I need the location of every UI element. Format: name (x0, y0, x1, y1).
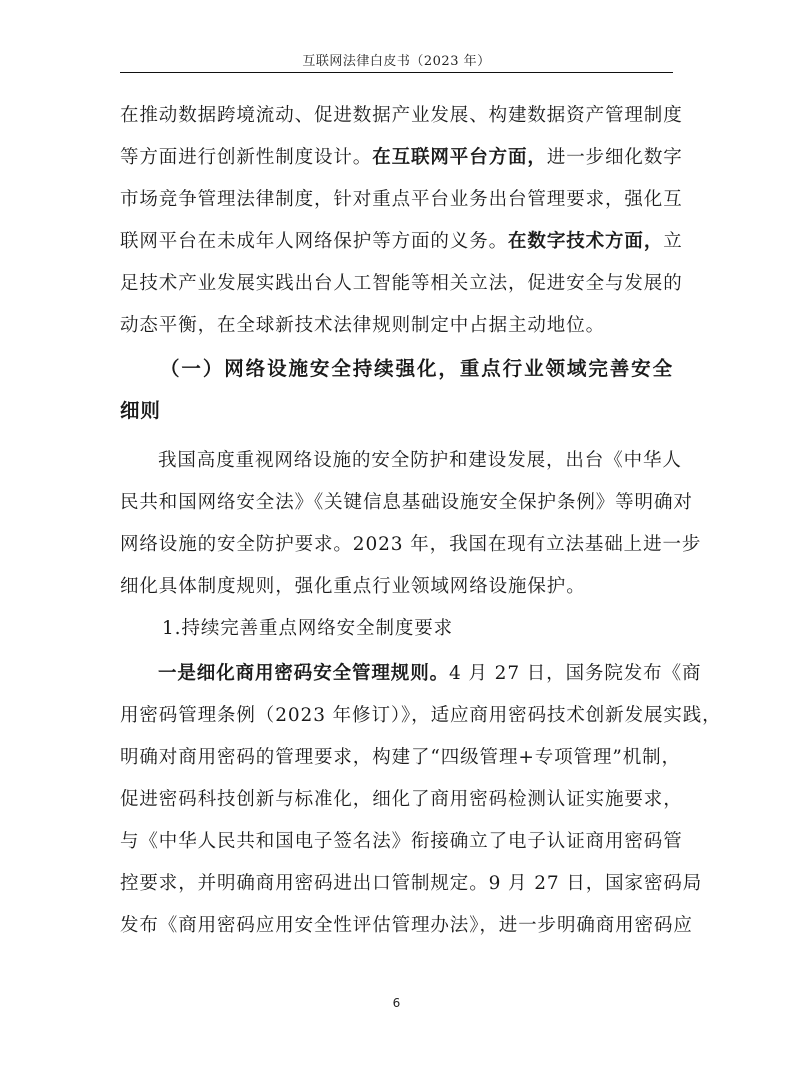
running-header: 互联网法律白皮书（2023 年） (120, 50, 673, 69)
text-line: 联网平台在未成年人网络保护等方面的义务。在数字技术方面，立 (120, 221, 673, 263)
section-paragraph: 我国高度重视网络设施的安全防护和建设发展，出台《中华人 民共和国网络安全法》《关… (120, 440, 673, 608)
text-line: 用密码管理条例（2023 年修订）》，适应商用密码技术创新发展实践， (120, 695, 673, 737)
text-line: 等方面进行创新性制度设计。在互联网平台方面，进一步细化数字 (120, 137, 673, 179)
text-line: 我国高度重视网络设施的安全防护和建设发展，出台《中华人 (120, 440, 673, 482)
text-line: 足技术产业发展实践出台人工智能等相关立法，促进安全与发展的 (120, 263, 673, 305)
text-line: 在推动数据跨境流动、促进数据产业发展、构建数据资产管理制度 (120, 95, 673, 137)
text-line: 促进密码科技创新与标准化，细化了商用密码检测认证实施要求， (120, 779, 673, 821)
intro-paragraph: 在推动数据跨境流动、促进数据产业发展、构建数据资产管理制度 等方面进行创新性制度… (120, 95, 673, 347)
text-line: 与《中华人民共和国电子签名法》衔接确立了电子认证商用密码管 (120, 821, 673, 863)
text-line: 市场竞争管理法律制度，针对重点平台业务出台管理要求，强化互 (120, 179, 673, 221)
lead-bold-phrase: 一是细化商用密码安全管理规则。 (158, 663, 449, 684)
text-line: 明确对商用密码的管理要求，构建了“四级管理+专项管理”机制， (120, 737, 673, 779)
text-line: 发布《商用密码应用安全性评估管理办法》，进一步明确商用密码应 (120, 905, 673, 947)
text-line: 动态平衡，在全球新技术法律规则制定中占据主动地位。 (120, 305, 673, 347)
bold-phrase: 在数字技术方面， (508, 231, 663, 252)
text-line: 控要求，并明确商用密码进出口管制规定。9 月 27 日，国家密码局 (120, 863, 673, 905)
subheading: 1.持续完善重点网络安全制度要求 (120, 608, 673, 650)
subheading-text: 1.持续完善重点网络安全制度要求 (120, 608, 673, 650)
section-heading-line: （一）网络设施安全持续强化，重点行业领域完善安全 (120, 348, 673, 390)
page-number: 6 (0, 996, 793, 1010)
crypto-paragraph: 一是细化商用密码安全管理规则。4 月 27 日，国务院发布《商 用密码管理条例（… (120, 653, 673, 947)
text-line: 网络设施的安全防护要求。2023 年，我国在现有立法基础上进一步 (120, 524, 673, 566)
section-heading-line: 细则 (120, 390, 673, 432)
header-divider (120, 72, 673, 73)
bold-phrase: 在互联网平台方面， (372, 147, 547, 168)
text-line: 民共和国网络安全法》《关键信息基础设施安全保护条例》等明确对 (120, 482, 673, 524)
text-line: 一是细化商用密码安全管理规则。4 月 27 日，国务院发布《商 (120, 653, 673, 695)
text-line: 细化具体制度规则，强化重点行业领域网络设施保护。 (120, 566, 673, 608)
section-heading: （一）网络设施安全持续强化，重点行业领域完善安全 细则 (120, 348, 673, 432)
